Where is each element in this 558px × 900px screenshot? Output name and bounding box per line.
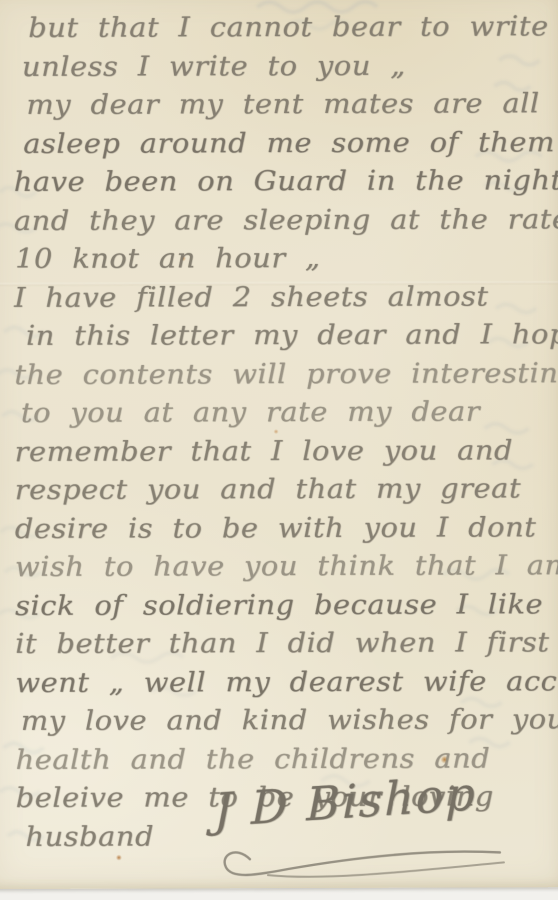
letter-line: have been on Guard in the night	[14, 162, 558, 202]
letter-line: my love and kind wishes for your	[21, 701, 558, 741]
letter-line: the contents will prove interesting	[14, 355, 558, 395]
letter-line: respect you and that my great	[15, 470, 558, 510]
letter-line: asleep around me some of them	[23, 124, 558, 164]
letter-line: in this letter my dear and I hope	[26, 316, 558, 356]
letter-line: it better than I did when I first	[15, 624, 558, 664]
letter-line: and they are sleeping at the rate of	[14, 201, 558, 241]
letter-line: my dear my tent mates are all	[26, 85, 558, 125]
letter-paper: but that I cannot bear to write unless I…	[0, 0, 558, 889]
letter-line: desire is to be with you I dont	[15, 509, 558, 549]
letter-line: wish to have you think that I am	[15, 547, 558, 587]
letter-line: I have filled 2 sheets almost	[14, 278, 558, 318]
scanned-letter-page: but that I cannot bear to write unless I…	[0, 0, 558, 900]
letter-line: to you at any rate my dear	[21, 393, 558, 433]
letter-body: but that I cannot bear to write unless I…	[13, 8, 558, 857]
letter-line: unless I write to you „	[22, 47, 558, 87]
signature-flourish	[216, 840, 516, 885]
letter-line: sick of soldiering because I like	[15, 586, 558, 626]
letter-line: 10 knot an hour „	[15, 239, 558, 279]
letter-line: but that I cannot bear to write	[28, 8, 558, 48]
letter-line: went „ well my dearest wife accept	[15, 663, 558, 703]
signature-block: J D Bishop	[214, 782, 524, 883]
letter-line: remember that I love you and	[15, 432, 558, 472]
